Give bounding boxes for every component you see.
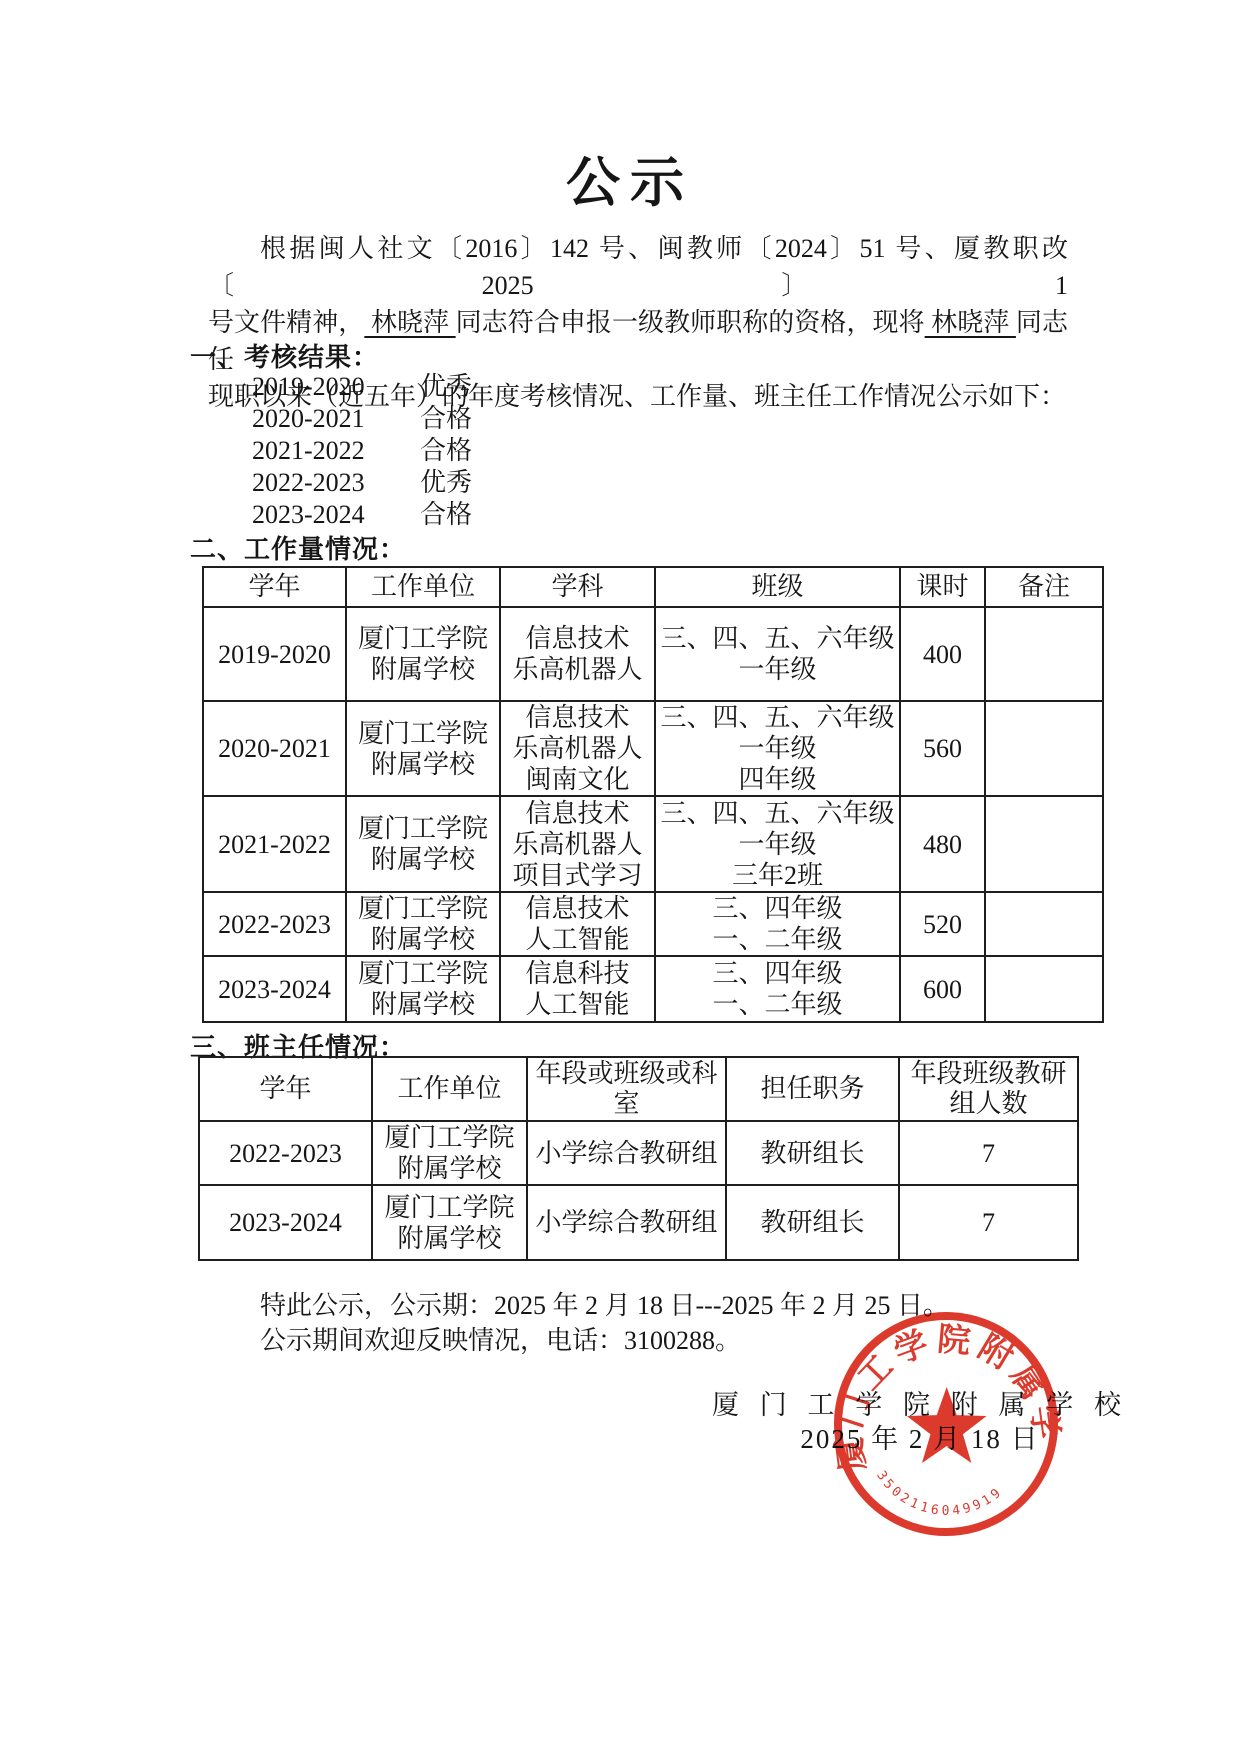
- unit-cell: 厦门工学院附属学校: [346, 607, 500, 701]
- assessment-item: 2019-2020优秀: [252, 371, 472, 403]
- dept-cell: 小学综合教研组: [527, 1121, 726, 1185]
- section-heading-assessment: 一、考核结果：: [190, 337, 379, 374]
- col-header-unit: 工作单位: [372, 1057, 527, 1121]
- applicant-name-underline: 林晓萍: [925, 308, 1016, 337]
- assessment-result: 合格: [420, 436, 472, 465]
- table-row: 2023-2024 厦门工学院附属学校 信息科技人工智能 三、四年级一、二年级 …: [203, 956, 1103, 1022]
- subject-cell: 信息技术乐高机器人项目式学习: [500, 796, 655, 892]
- year-cell: 2023-2024: [203, 956, 346, 1022]
- col-header-subject: 学科: [500, 567, 655, 607]
- year-cell: 2019-2020: [203, 607, 346, 701]
- unit-cell: 厦门工学院附属学校: [372, 1185, 527, 1260]
- table-row: 2019-2020 厦门工学院附属学校 信息技术乐高机器人 三、四、五、六年级一…: [203, 607, 1103, 701]
- table-row: 2022-2023 厦门工学院附属学校 小学综合教研组 教研组长 7: [199, 1121, 1078, 1185]
- col-header-role: 担任职务: [726, 1057, 899, 1121]
- dept-cell: 小学综合教研组: [527, 1185, 726, 1260]
- unit-cell: 厦门工学院附属学校: [372, 1121, 527, 1185]
- year-cell: 2022-2023: [199, 1121, 372, 1185]
- workload-table: 学年 工作单位 学科 班级 课时 备注 2019-2020 厦门工学院附属学校 …: [202, 566, 1104, 1023]
- year-cell: 2023-2024: [199, 1185, 372, 1260]
- classes-cell: 三、四、五、六年级一年级三年2班: [655, 796, 900, 892]
- public-notice-document: 公示 根据闽人社文〔2016〕142 号、闽教师〔2024〕51 号、厦教职改〔…: [0, 0, 1240, 1755]
- col-header-hours: 课时: [900, 567, 985, 607]
- note-cell: [985, 607, 1103, 701]
- assessment-result: 优秀: [420, 468, 472, 497]
- stamp-star-icon: [907, 1387, 987, 1463]
- note-cell: [985, 796, 1103, 892]
- year-cell: 2022-2023: [203, 892, 346, 956]
- unit-cell: 厦门工学院附属学校: [346, 796, 500, 892]
- intro-line-2-pre: 号文件精神，: [208, 308, 364, 337]
- hours-cell: 480: [900, 796, 985, 892]
- col-header-note: 备注: [985, 567, 1103, 607]
- subject-cell: 信息科技人工智能: [500, 956, 655, 1022]
- subject-cell: 信息技术乐高机器人: [500, 607, 655, 701]
- subject-cell: 信息技术人工智能: [500, 892, 655, 956]
- unit-cell: 厦门工学院附属学校: [346, 701, 500, 796]
- unit-cell: 厦门工学院附属学校: [346, 956, 500, 1022]
- hours-cell: 400: [900, 607, 985, 701]
- table-header-row: 学年 工作单位 学科 班级 课时 备注: [203, 567, 1103, 607]
- assessment-item: 2021-2022合格: [252, 435, 472, 467]
- hours-cell: 600: [900, 956, 985, 1022]
- year-cell: 2021-2022: [203, 796, 346, 892]
- assessment-year: 2019-2020: [252, 371, 420, 403]
- note-cell: [985, 701, 1103, 796]
- note-cell: [985, 956, 1103, 1022]
- col-header-year: 学年: [199, 1057, 372, 1121]
- assessment-year: 2021-2022: [252, 435, 420, 467]
- classes-cell: 三、四年级一、二年级: [655, 956, 900, 1022]
- intro-line-2-mid: 同志符合申报一级教师职称的资格，现将: [456, 308, 925, 337]
- col-header-dept: 年段或班级或科室: [527, 1057, 726, 1121]
- table-row: 2021-2022 厦门工学院附属学校 信息技术乐高机器人项目式学习 三、四、五…: [203, 796, 1103, 892]
- table-header-row: 学年 工作单位 年段或班级或科室 担任职务 年段班级教研组人数: [199, 1057, 1078, 1121]
- role-cell: 教研组长: [726, 1121, 899, 1185]
- table-row: 2022-2023 厦门工学院附属学校 信息技术人工智能 三、四年级一、二年级 …: [203, 892, 1103, 956]
- headteacher-table: 学年 工作单位 年段或班级或科室 担任职务 年段班级教研组人数 2022-202…: [198, 1056, 1079, 1261]
- assessment-year: 2023-2024: [252, 499, 420, 531]
- assessment-year: 2020-2021: [252, 403, 420, 435]
- assessment-list: 2019-2020优秀 2020-2021合格 2021-2022合格 2022…: [252, 371, 472, 531]
- official-stamp: 厦门工学院附属学校 3502116049919: [816, 1294, 1076, 1554]
- section-heading-workload: 二、工作量情况：: [190, 529, 406, 566]
- hours-cell: 560: [900, 701, 985, 796]
- classes-cell: 三、四年级一、二年级: [655, 892, 900, 956]
- role-cell: 教研组长: [726, 1185, 899, 1260]
- assessment-result: 合格: [420, 404, 472, 433]
- assessment-result: 合格: [420, 500, 472, 529]
- applicant-name-underline: 林晓萍: [364, 308, 455, 337]
- col-header-unit: 工作单位: [346, 567, 500, 607]
- assessment-item: 2022-2023优秀: [252, 467, 472, 499]
- table-row: 2020-2021 厦门工学院附属学校 信息技术乐高机器人闽南文化 三、四、五、…: [203, 701, 1103, 796]
- year-cell: 2020-2021: [203, 701, 346, 796]
- col-header-year: 学年: [203, 567, 346, 607]
- classes-cell: 三、四、五、六年级一年级四年级: [655, 701, 900, 796]
- assessment-result: 优秀: [420, 372, 472, 401]
- table-row: 2023-2024 厦门工学院附属学校 小学综合教研组 教研组长 7: [199, 1185, 1078, 1260]
- intro-line-1: 根据闽人社文〔2016〕142 号、闽教师〔2024〕51 号、厦教职改〔202…: [208, 230, 1068, 304]
- hours-cell: 520: [900, 892, 985, 956]
- unit-cell: 厦门工学院附属学校: [346, 892, 500, 956]
- subject-cell: 信息技术乐高机器人闽南文化: [500, 701, 655, 796]
- assessment-year: 2022-2023: [252, 467, 420, 499]
- assessment-item: 2020-2021合格: [252, 403, 472, 435]
- assessment-item: 2023-2024合格: [252, 499, 472, 531]
- col-header-count: 年段班级教研组人数: [899, 1057, 1078, 1121]
- classes-cell: 三、四、五、六年级一年级: [655, 607, 900, 701]
- note-cell: [985, 892, 1103, 956]
- col-header-classes: 班级: [655, 567, 900, 607]
- page-title: 公示: [10, 140, 1240, 217]
- count-cell: 7: [899, 1121, 1078, 1185]
- count-cell: 7: [899, 1185, 1078, 1260]
